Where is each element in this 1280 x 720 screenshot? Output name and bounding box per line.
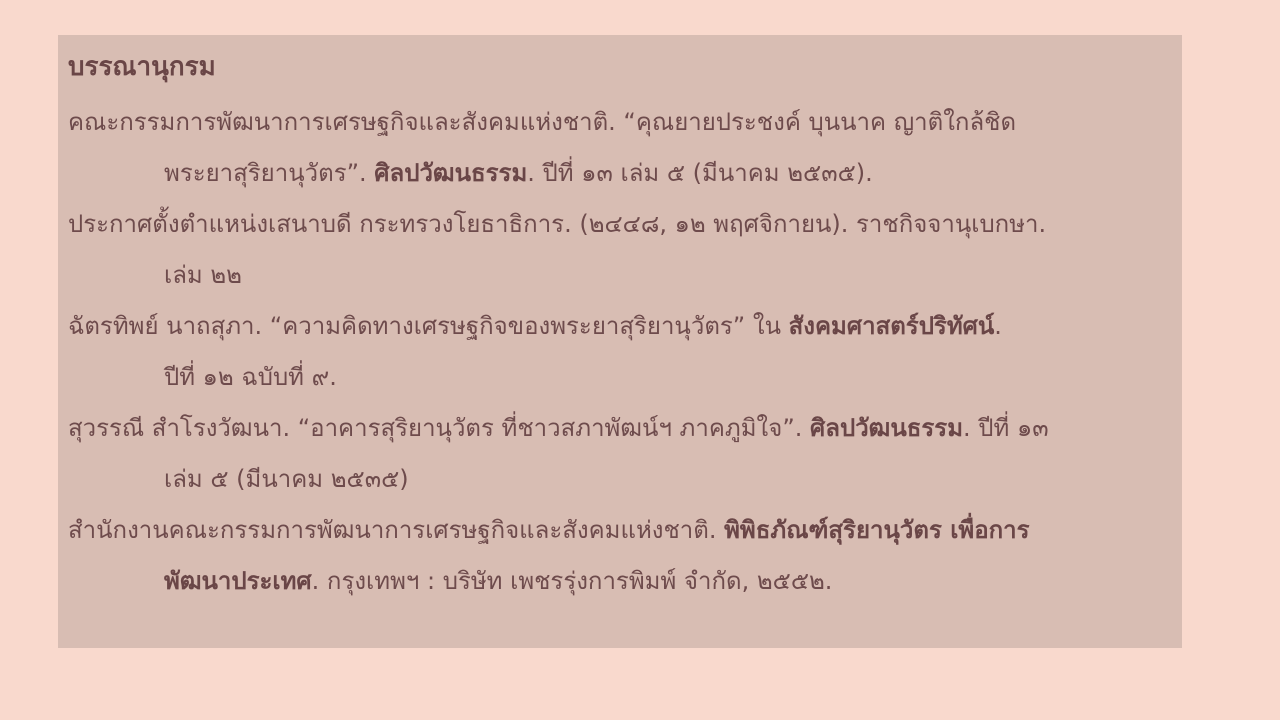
entry-line-continued: พัฒนาประเทศ. กรุงเทพฯ : บริษัท เพชรรุ่งก… [68,556,1162,607]
entry-text: ประกาศตั้งตำแหน่งเสนาบดี กระทรวงโยธาธิกา… [68,210,1046,238]
bibliography-entry: คณะกรรมการพัฒนาการเศรษฐกิจและสังคมแห่งชา… [68,97,1162,199]
bibliography-entry: ประกาศตั้งตำแหน่งเสนาบดี กระทรวงโยธาธิกา… [68,199,1162,301]
bibliography-entry: สำนักงานคณะกรรมการพัฒนาการเศรษฐกิจและสัง… [68,505,1162,607]
entry-text: . กรุงเทพฯ : บริษัท เพชรรุ่งการพิมพ์ จำก… [312,567,833,595]
entry-line-continued: เล่ม ๕ (มีนาคม ๒๕๓๕) [68,454,1162,505]
entry-source-title: พิพิธภัณฑ์สุริยานุวัตร เพื่อการ [724,516,1029,544]
bibliography-panel: บรรณานุกรม คณะกรรมการพัฒนาการเศรษฐกิจและ… [58,35,1182,648]
entry-line: คณะกรรมการพัฒนาการเศรษฐกิจและสังคมแห่งชา… [68,97,1162,148]
bibliography-list: คณะกรรมการพัฒนาการเศรษฐกิจและสังคมแห่งชา… [68,97,1162,607]
entry-text: . ปีที่ ๑๓ เล่ม ๕ (มีนาคม ๒๕๓๕). [527,159,872,187]
entry-source-title: ศิลปวัฒนธรรม [374,159,527,187]
entry-line: สุวรรณี สำโรงวัฒนา. “อาคารสุริยานุวัตร ท… [68,403,1162,454]
entry-line-continued: ปีที่ ๑๒ ฉบับที่ ๙. [68,352,1162,403]
entry-line-continued: เล่ม ๒๒ [68,250,1162,301]
bibliography-entry: สุวรรณี สำโรงวัฒนา. “อาคารสุริยานุวัตร ท… [68,403,1162,505]
entry-text: คณะกรรมการพัฒนาการเศรษฐกิจและสังคมแห่งชา… [68,108,1016,136]
entry-line: สำนักงานคณะกรรมการพัฒนาการเศรษฐกิจและสัง… [68,505,1162,556]
entry-source-title: สังคมศาสตร์ปริทัศน์ [789,312,995,340]
entry-line-continued: พระยาสุริยานุวัตร”. ศิลปวัฒนธรรม. ปีที่ … [68,148,1162,199]
entry-text: ฉัตรทิพย์ นาถสุภา. “ความคิดทางเศรษฐกิจขอ… [68,312,789,340]
entry-text: เล่ม ๕ (มีนาคม ๒๕๓๕) [164,465,409,493]
entry-text: สำนักงานคณะกรรมการพัฒนาการเศรษฐกิจและสัง… [68,516,724,544]
entry-text: . ปีที่ ๑๓ [963,414,1049,442]
entry-source-title: ศิลปวัฒนธรรม [810,414,963,442]
entry-line: ประกาศตั้งตำแหน่งเสนาบดี กระทรวงโยธาธิกา… [68,199,1162,250]
entry-text: สุวรรณี สำโรงวัฒนา. “อาคารสุริยานุวัตร ท… [68,414,810,442]
entry-text: ปีที่ ๑๒ ฉบับที่ ๙. [164,363,337,391]
entry-line: ฉัตรทิพย์ นาถสุภา. “ความคิดทางเศรษฐกิจขอ… [68,301,1162,352]
entry-source-title: พัฒนาประเทศ [164,567,312,595]
bibliography-heading: บรรณานุกรม [68,47,216,87]
entry-text: เล่ม ๒๒ [164,261,242,289]
bibliography-entry: ฉัตรทิพย์ นาถสุภา. “ความคิดทางเศรษฐกิจขอ… [68,301,1162,403]
entry-text: พระยาสุริยานุวัตร”. [164,159,374,187]
entry-text: . [994,312,1002,340]
